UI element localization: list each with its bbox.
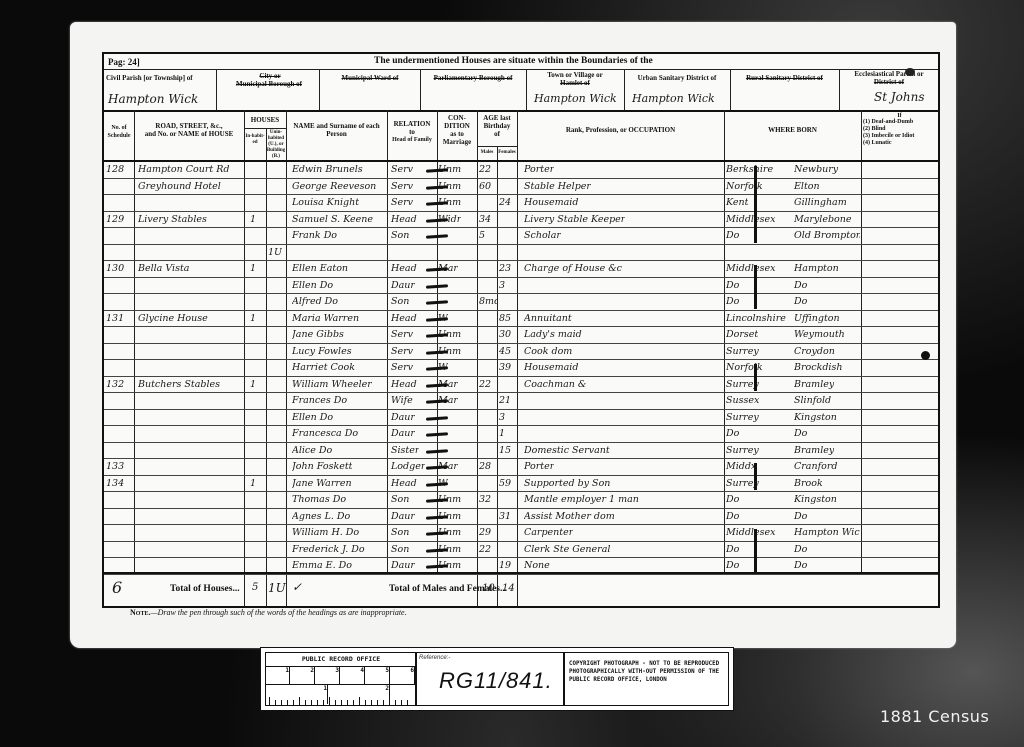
total-houses-label: Total of Houses... — [170, 584, 240, 594]
cell-female-age: 1 — [499, 428, 505, 439]
scale-tick — [269, 697, 270, 705]
urban-sanitary-value: Hampton Wick — [632, 92, 715, 105]
cell-born-place: Do — [794, 544, 807, 555]
cell-name: Frederick J. Do — [292, 544, 365, 555]
cell-female-age: 59 — [499, 478, 511, 489]
tally-stroke — [426, 284, 448, 289]
cell-born-county: Do — [726, 230, 739, 241]
cell-female-age: 39 — [499, 362, 511, 373]
col-males: Males — [477, 150, 497, 156]
census-form: Pag: 24] The undermentioned Houses are s… — [102, 52, 940, 608]
scale-tick — [299, 697, 300, 705]
col-relation-2: to — [387, 128, 437, 136]
cell-occupation: Housemaid — [524, 197, 578, 208]
col-name-1: NAME and Surname of each — [286, 122, 387, 130]
cell-occupation: None — [524, 560, 550, 571]
ink-blot — [921, 351, 930, 360]
form-note: Note.—Draw the pen through such of the w… — [130, 608, 407, 617]
cell-male-age: 22 — [479, 544, 491, 555]
cell-name: Jane Warren — [292, 478, 352, 489]
cell-born-place: Old Brompton — [794, 230, 860, 241]
cell-born-place: Hampton Wick — [794, 527, 860, 538]
cell-relation: Son — [391, 494, 409, 505]
cell-name: Ellen Do — [292, 280, 333, 291]
cell-relation: Lodger — [391, 461, 425, 472]
total-check-mark: ✓ — [292, 580, 302, 594]
cell-occupation: Charge of House &c — [524, 263, 622, 274]
cell-relation: Daur — [391, 280, 415, 291]
cell-schedule: 130 — [106, 263, 124, 274]
table-row: 1U — [104, 245, 938, 262]
cell-female-age: 21 — [499, 395, 511, 406]
tally-mark — [754, 265, 757, 309]
scale-division: 3 — [315, 667, 340, 684]
cell-female-age: 15 — [499, 445, 511, 456]
measure-scale-bottom: 12 — [265, 684, 417, 705]
cell-schedule: 134 — [106, 478, 124, 489]
cell-female-age: 19 — [499, 560, 511, 571]
scale-tick — [281, 700, 282, 705]
col-infirm-1: (1) Deaf-and-Dumb — [863, 119, 913, 126]
cell-relation: Serv — [391, 329, 413, 340]
cell-schedule: 131 — [106, 313, 124, 324]
cell-born-county: Kent — [726, 197, 748, 208]
cell-name: George Reeveson — [292, 181, 376, 192]
cell-relation: Head — [391, 379, 417, 390]
tally-mark — [754, 364, 757, 391]
col-road-2: and No. or NAME of HOUSE — [134, 130, 244, 138]
cell-occupation: Assist Mother dom — [524, 511, 615, 522]
scale-division: 2 — [290, 667, 315, 684]
scale-tick — [287, 700, 288, 705]
cell-occupation: Porter — [524, 164, 554, 175]
town-label: Town or Village or — [528, 71, 622, 79]
cell-born-place: Brockdish — [794, 362, 842, 373]
ecclesiastical-label: Ecclesiastical Parish or — [841, 70, 937, 78]
municipal-borough-label: Municipal Borough of — [220, 80, 318, 88]
table-row: Ellen DoDaur3SurreyKingston — [104, 410, 938, 427]
urban-sanitary-label: Urban Sanitary District of — [626, 74, 728, 82]
pro-office-title: PUBLIC RECORD OFFICE — [265, 655, 417, 663]
scale-division: 6 — [390, 667, 415, 684]
cell-name: Emma E. Do — [292, 560, 352, 571]
cell-name: Agnes L. Do — [292, 511, 350, 522]
cell-born-place: Do — [794, 560, 807, 571]
col-name-2: Person — [286, 130, 387, 138]
cell-schedule: 133 — [106, 461, 124, 472]
cell-name: Alfred Do — [292, 296, 338, 307]
cell-name: Lucy Fowles — [292, 346, 352, 357]
cell-address: Livery Stables — [138, 214, 207, 225]
page-number: Pag: 24] — [108, 57, 140, 67]
cell-address: Hampton Court Rd — [138, 164, 229, 175]
table-row: 132Butchers Stables1William WheelerHeadM… — [104, 377, 938, 394]
tally-stroke — [426, 300, 448, 305]
cell-relation: Head — [391, 214, 417, 225]
cell-born-place: Bramley — [794, 379, 834, 390]
cell-male-age: 22 — [479, 379, 491, 390]
table-row: 133John FoskettLodgerMar28PorterMiddxCra… — [104, 459, 938, 476]
col-where-born: WHERE BORN — [724, 126, 861, 134]
col-inhabited: In-habit-ed — [244, 134, 266, 146]
cell-relation: Daur — [391, 511, 415, 522]
cell-male-age: 8mo — [479, 296, 497, 307]
cell-occupation: Housemaid — [524, 362, 578, 373]
cell-relation: Serv — [391, 197, 413, 208]
cell-name: Frank Do — [292, 230, 337, 241]
civil-parish-label: Civil Parish [or Township] of — [106, 74, 193, 82]
total-inhabited: 5 — [252, 582, 258, 593]
civil-parish-value: Hampton Wick — [108, 92, 198, 106]
col-condition-4: Marriage — [437, 138, 477, 146]
scale-tick — [335, 700, 336, 705]
cell-inhabited: 1 — [250, 379, 256, 390]
cell-relation: Serv — [391, 181, 413, 192]
cell-male-age: 28 — [479, 461, 491, 472]
cell-inhabited: 1 — [250, 478, 256, 489]
cell-relation: Son — [391, 230, 409, 241]
scale-tick — [359, 697, 360, 705]
cell-occupation: Annuitant — [524, 313, 572, 324]
town-value: Hampton Wick — [534, 92, 617, 105]
cell-born-county: Middx — [726, 461, 756, 472]
scale-tick — [329, 697, 330, 705]
cell-born-place: Weymouth — [794, 329, 845, 340]
tally-stroke — [426, 449, 448, 454]
scale-tick — [377, 700, 378, 705]
col-houses: HOUSES — [244, 116, 286, 124]
cell-born-county: Norfolk — [726, 362, 763, 373]
col-road-1: ROAD, STREET, &c., — [134, 122, 244, 130]
cell-inhabited: 1 — [250, 214, 256, 225]
district-label: District of — [841, 78, 937, 86]
table-row: Lucy FowlesServUnm45Cook domSurreyCroydo… — [104, 344, 938, 361]
cell-occupation: Stable Helper — [524, 181, 591, 192]
cell-relation: Serv — [391, 346, 413, 357]
copyright-notice: COPYRIGHT PHOTOGRAPH - NOT TO BE REPRODU… — [569, 660, 723, 684]
cell-name: Samuel S. Keene — [292, 214, 373, 225]
cell-occupation: Clerk Ste General — [524, 544, 610, 555]
hamlet-label: Hamlet of — [528, 79, 622, 87]
col-uninhabited: Unin-habited (U.), or Building (B.) — [266, 130, 286, 160]
cell-born-county: Do — [726, 296, 739, 307]
scale-tick — [389, 697, 390, 705]
cell-occupation: Mantle employer 1 man — [524, 494, 639, 505]
cell-inhabited: 1 — [250, 263, 256, 274]
scale-tick — [395, 700, 396, 705]
cell-born-county: Surrey — [726, 445, 759, 456]
cell-born-county: Dorset — [726, 329, 758, 340]
cell-born-place: Do — [794, 428, 807, 439]
table-row: Francesca DoDaur1DoDo — [104, 426, 938, 443]
total-males: 10 — [482, 583, 495, 594]
cell-relation: Son — [391, 527, 409, 538]
cell-schedule: 132 — [106, 379, 124, 390]
table-row: William H. DoSonUnm29CarpenterMiddlesexH… — [104, 525, 938, 542]
cell-born-place: Croydon — [794, 346, 835, 357]
cell-male-age: 32 — [479, 494, 491, 505]
cell-male-age: 29 — [479, 527, 491, 538]
scale-tick — [383, 700, 384, 705]
cell-name: William H. Do — [292, 527, 359, 538]
cell-schedule: 129 — [106, 214, 124, 225]
cell-relation: Head — [391, 263, 417, 274]
watermark: 1881 Census — [880, 707, 989, 726]
table-row: Frances DoWifeMar21SussexSlinfold — [104, 393, 938, 410]
col-condition-2: DITION — [437, 122, 477, 130]
cell-inhabited: 1 — [250, 313, 256, 324]
cell-born-place: Newbury — [794, 164, 838, 175]
scale-tick — [371, 700, 372, 705]
cell-name: Francesca Do — [292, 428, 358, 439]
cell-born-county: Lincolnshire — [726, 313, 786, 324]
cell-occupation: Scholar — [524, 230, 561, 241]
schedule-tally: 6 — [112, 578, 122, 597]
cell-relation: Daur — [391, 560, 415, 571]
col-infirm-4: (4) Lunatic — [863, 140, 892, 147]
cell-relation: Serv — [391, 362, 413, 373]
cell-born-county: Do — [726, 280, 739, 291]
table-row: Alfred DoSon8moDoDo — [104, 294, 938, 311]
cell-born-county: Berkshire — [726, 164, 773, 175]
table-row: Agnes L. DoDaurUnm31Assist Mother domDoD… — [104, 509, 938, 526]
tally-stroke — [426, 416, 448, 421]
cell-relation: Daur — [391, 412, 415, 423]
cell-uninhabited: 1U — [268, 247, 282, 258]
tally-stroke — [426, 432, 448, 437]
scale-tick — [293, 700, 294, 705]
cell-born-place: Do — [794, 511, 807, 522]
cell-male-age: 5 — [479, 230, 485, 241]
reference-label: Reference:- — [419, 655, 450, 661]
census-rows: 128Hampton Court RdEdwin BrunelsServUnm2… — [104, 162, 938, 574]
note-text: —Draw the pen through such of the words … — [150, 608, 406, 617]
table-row: Frank DoSon5ScholarDoOld Brompton — [104, 228, 938, 245]
cell-born-county: Middlesex — [726, 527, 775, 538]
col-relation-3: Head of Family — [387, 136, 437, 144]
cell-born-place: Bramley — [794, 445, 834, 456]
table-row: Jane GibbsServUnm30Lady's maidDorsetWeym… — [104, 327, 938, 344]
cell-relation: Head — [391, 478, 417, 489]
scale-division: 5 — [365, 667, 390, 684]
cell-male-age: 34 — [479, 214, 491, 225]
cell-born-county: Do — [726, 511, 739, 522]
cell-female-age: 85 — [499, 313, 511, 324]
cell-male-age: 60 — [479, 181, 491, 192]
scale-tick — [323, 700, 324, 705]
cell-occupation: Domestic Servant — [524, 445, 610, 456]
cell-female-age: 45 — [499, 346, 511, 357]
table-row: 130Bella Vista1Ellen EatonHeadMar23Charg… — [104, 261, 938, 278]
scale-tick — [365, 700, 366, 705]
cell-born-county: Do — [726, 560, 739, 571]
scale-tick — [407, 700, 408, 705]
cell-occupation: Lady's maid — [524, 329, 582, 340]
cell-relation: Son — [391, 544, 409, 555]
cell-occupation: Supported by Son — [524, 478, 610, 489]
cell-born-place: Brook — [794, 478, 823, 489]
scale-tick — [353, 700, 354, 705]
cell-female-age: 30 — [499, 329, 511, 340]
col-schedule: No. of Schedule — [104, 124, 134, 140]
tally-mark — [754, 463, 757, 490]
cell-name: John Foskett — [292, 461, 352, 472]
cell-relation: Daur — [391, 428, 415, 439]
cell-relation: Head — [391, 313, 417, 324]
cell-born-place: Elton — [794, 181, 820, 192]
cell-schedule: 128 — [106, 164, 124, 175]
cell-born-county: Middlesex — [726, 214, 775, 225]
cell-born-place: Do — [794, 280, 807, 291]
cell-occupation: Livery Stable Keeper — [524, 214, 625, 225]
cell-relation: Serv — [391, 164, 413, 175]
col-occupation: Rank, Profession, or OCCUPATION — [517, 126, 724, 134]
table-row: 128Hampton Court RdEdwin BrunelsServUnm2… — [104, 162, 938, 179]
cell-address: Greyhound Hotel — [138, 181, 221, 192]
form-title: The undermentioned Houses are situate wi… — [374, 56, 653, 66]
cell-female-age: 3 — [499, 280, 505, 291]
scale-tick — [275, 700, 276, 705]
table-row: Alice DoSister15Domestic ServantSurreyBr… — [104, 443, 938, 460]
cell-born-county: Do — [726, 428, 739, 439]
table-row: Harriet CookServW39HousemaidNorfolkBrock… — [104, 360, 938, 377]
cell-born-place: Kingston — [794, 494, 837, 505]
cell-address: Glycine House — [138, 313, 208, 324]
cell-name: Thomas Do — [292, 494, 346, 505]
ecclesiastical-value: St Johns — [874, 90, 925, 104]
cell-born-place: Marylebone — [794, 214, 852, 225]
scale-tick — [305, 700, 306, 705]
scale-tick — [317, 700, 318, 705]
cell-born-place: Kingston — [794, 412, 837, 423]
col-relation-1: RELATION — [387, 120, 437, 128]
cell-born-county: Surrey — [726, 412, 759, 423]
total-uninhabited: 1U — [268, 581, 286, 595]
cell-relation: Wife — [391, 395, 413, 406]
parliamentary-borough-label: Parliamentary Borough of — [422, 74, 524, 82]
scale-division: 4 — [340, 667, 365, 684]
table-row: Greyhound HotelGeorge ReevesonServUnm60S… — [104, 179, 938, 196]
city-label: City or — [230, 72, 310, 80]
cell-born-county: Sussex — [726, 395, 759, 406]
cell-name: Frances Do — [292, 395, 347, 406]
col-age-1: AGE last — [477, 114, 517, 122]
cell-address: Butchers Stables — [138, 379, 220, 390]
cell-relation: Son — [391, 296, 409, 307]
table-row: 1341Jane WarrenHeadW59Supported by SonSu… — [104, 476, 938, 493]
col-age-2: Birthday — [477, 122, 517, 130]
cell-name: Alice Do — [292, 445, 332, 456]
cell-address: Bella Vista — [138, 263, 189, 274]
cell-born-county: Do — [726, 494, 739, 505]
ink-blot — [905, 68, 915, 76]
cell-relation: Sister — [391, 445, 419, 456]
col-condition-1: CON- — [437, 114, 477, 122]
total-females: 14 — [502, 583, 515, 594]
tally-stroke — [426, 234, 448, 239]
col-infirm-3: (3) Imbecile or Idiot — [863, 133, 914, 140]
cell-name: Ellen Eaton — [292, 263, 348, 274]
cell-name: Maria Warren — [292, 313, 359, 324]
note-prefix: Note. — [130, 608, 150, 617]
reference-number: RG11/841. — [439, 668, 553, 694]
col-infirm-2: (2) Blind — [863, 126, 886, 133]
public-record-office-label: PUBLIC RECORD OFFICE 123456 12 Reference… — [260, 647, 734, 711]
table-row: Ellen DoDaur3DoDo — [104, 278, 938, 295]
scale-division: 1 — [265, 667, 290, 684]
scale-tick — [311, 700, 312, 705]
cell-born-county: Surrey — [726, 346, 759, 357]
table-row: Frederick J. DoSonUnm22Clerk Ste General… — [104, 542, 938, 559]
cell-female-age: 24 — [499, 197, 511, 208]
cell-female-age: 3 — [499, 412, 505, 423]
cell-born-place: Cranford — [794, 461, 837, 472]
cell-occupation: Carpenter — [524, 527, 573, 538]
scale-tick — [341, 700, 342, 705]
tally-mark — [754, 166, 757, 243]
cell-name: Harriet Cook — [292, 362, 355, 373]
cell-name: William Wheeler — [292, 379, 372, 390]
cell-born-place: Do — [794, 296, 807, 307]
municipal-ward-label: Municipal Ward of — [322, 74, 418, 82]
cell-occupation: Coachman & — [524, 379, 586, 390]
col-age-3: of — [477, 130, 517, 138]
scale-tick — [347, 700, 348, 705]
cell-born-place: Gillingham — [794, 197, 847, 208]
cell-name: Jane Gibbs — [292, 329, 344, 340]
table-row: Louisa KnightServUnm24HousemaidKentGilli… — [104, 195, 938, 212]
cell-name: Ellen Do — [292, 412, 333, 423]
cell-occupation: Cook dom — [524, 346, 572, 357]
cell-born-county: Do — [726, 544, 739, 555]
cell-female-age: 31 — [499, 511, 511, 522]
measure-scale-top: 123456 — [265, 666, 417, 685]
cell-occupation: Porter — [524, 461, 554, 472]
table-row: 129Livery Stables1Samuel S. KeeneHeadWid… — [104, 212, 938, 229]
rural-sanitary-label: Rural Sanitary District of — [732, 74, 837, 82]
col-females: Females — [497, 150, 517, 156]
cell-male-age: 22 — [479, 164, 491, 175]
cell-female-age: 23 — [499, 263, 511, 274]
cell-born-place: Slinfold — [794, 395, 831, 406]
cell-born-place: Hampton — [794, 263, 839, 274]
cell-born-place: Uffington — [794, 313, 840, 324]
cell-name: Louisa Knight — [292, 197, 359, 208]
tally-mark — [754, 529, 757, 573]
scale-tick — [401, 700, 402, 705]
table-row: 131Glycine House1Maria WarrenHeadW85Annu… — [104, 311, 938, 328]
cell-born-county: Middlesex — [726, 263, 775, 274]
cell-born-county: Norfolk — [726, 181, 763, 192]
table-row: Thomas DoSonUnm32Mantle employer 1 manDo… — [104, 492, 938, 509]
col-condition-3: as to — [437, 130, 477, 138]
cell-name: Edwin Brunels — [292, 164, 363, 175]
